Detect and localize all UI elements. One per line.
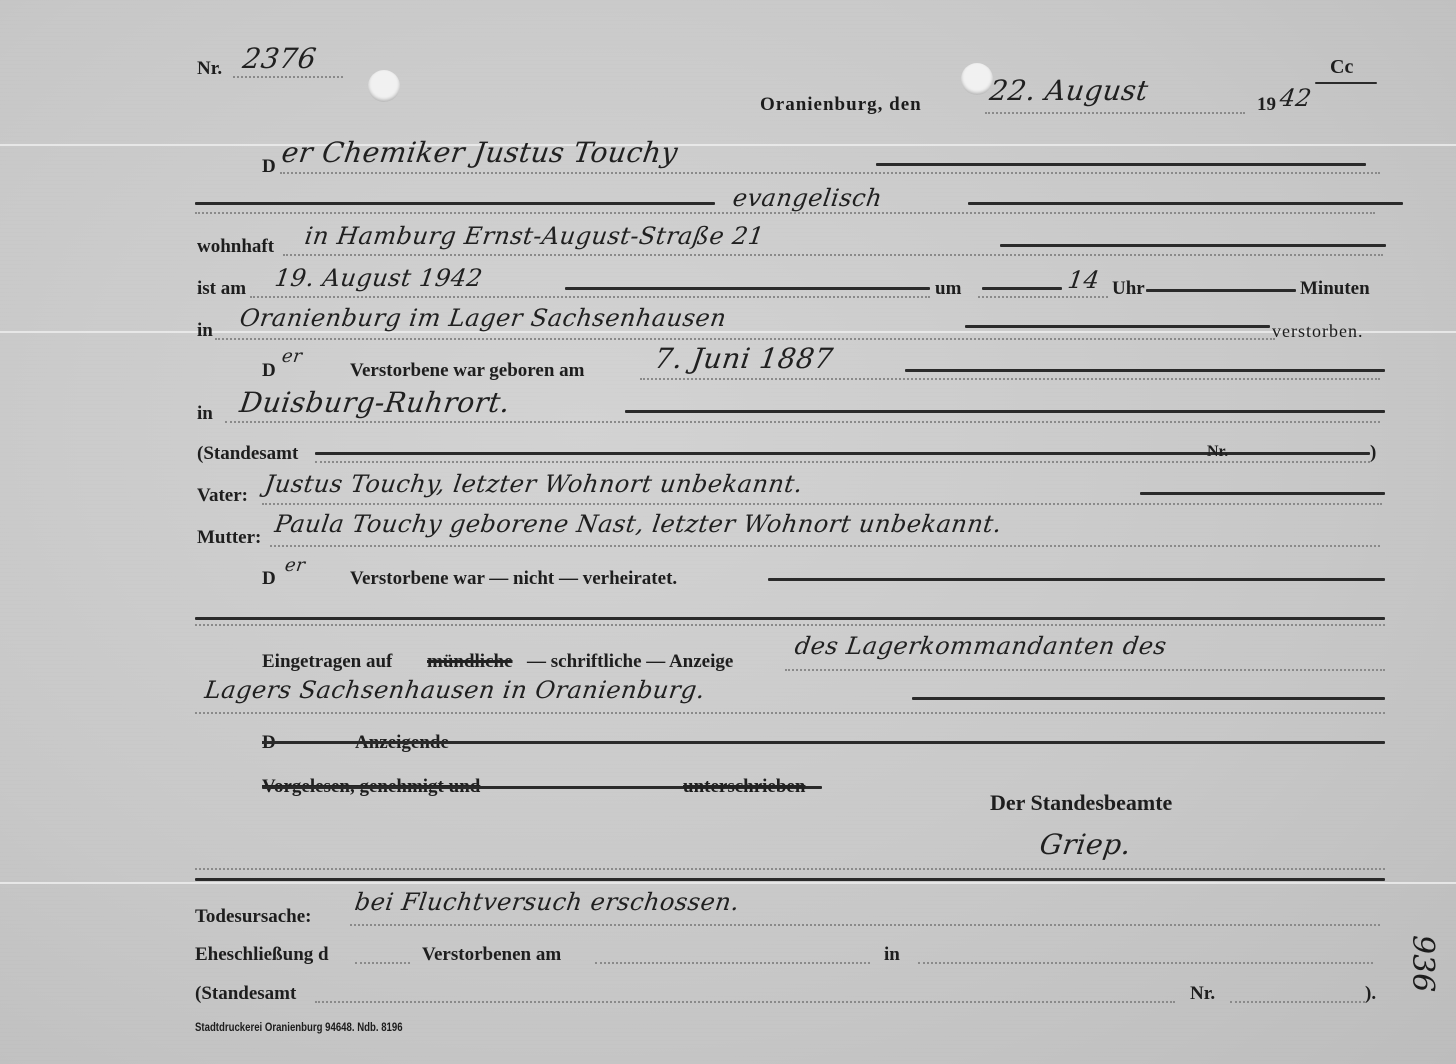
punch-hole [368,70,400,102]
nr-label: Nr. [197,58,222,80]
cause-of-death: bei Fluchtversuch erschossen. [353,888,741,916]
official-title: Der Standesbeamte [990,790,1172,816]
name-prefix: D [262,156,276,178]
birth-standesamt-nr: Nr. [1207,443,1228,461]
verstorben-label: verstorben. [1272,321,1363,342]
register-number: 2376 [241,42,319,75]
registration-struck-option: mündliche [427,651,513,673]
marriage-in-label: in [884,944,900,966]
printer-imprint: Stadtdruckerei Oranienburg 94648. Ndb. 8… [195,1020,403,1034]
place-label: Oranienburg, den [760,94,922,116]
footer-close: ). [1365,983,1376,1005]
religion: evangelisch [731,184,884,212]
mother-label: Mutter: [197,527,261,549]
marital-handwritten: er [284,555,307,576]
registration-date: 22. August [988,74,1151,107]
father-value: Justus Touchy, letzter Wohnort unbekannt… [263,470,805,498]
death-register-card: Nr. 2376 Oranienburg, den 22. August 19 … [0,0,1456,1064]
born-prefix: D [262,360,276,382]
marital-text: Verstorbene war — nicht — verheiratet. [350,568,677,590]
unterschrieben-label: unterschrieben [683,776,805,798]
birth-standesamt-close: ) [1370,442,1376,464]
residence-value: in Hamburg Ernst-August-Straße 21 [303,222,766,250]
birth-place: Duisburg-Ruhrort. [238,386,513,419]
scan-line [0,331,1456,333]
informant-line-2: Lagers Sachsenhausen in Oranienburg. [203,676,707,704]
deceased-name: er Chemiker Justus Touchy [280,136,680,169]
official-signature: Griep. [1038,828,1134,861]
marriage-label: Eheschließung d [195,944,329,966]
margin-number: 936 [1405,935,1440,992]
scan-line [0,144,1456,146]
residence-label: wohnhaft [197,236,274,258]
punch-hole [961,63,993,95]
um-label: um [935,278,961,300]
informant-line-1: des Lagerkommandanten des [793,632,1168,660]
uhr-label: Uhr [1112,278,1145,300]
registration-mid-label: — schriftliche — Anzeige [527,651,733,673]
registration-label: Eingetragen auf [262,651,392,673]
year-suffix: 42 [1278,84,1313,112]
register-code: Cc [1330,56,1353,79]
birth-place-label: in [197,403,213,425]
cause-label: Todesursache: [195,906,311,928]
footer-nr-label: Nr. [1190,983,1215,1005]
death-date-label: ist am [197,278,246,300]
born-prefix-handwritten: er [281,346,304,367]
minuten-label: Minuten [1300,278,1370,300]
mother-value: Paula Touchy geborene Nast, letzter Wohn… [273,510,1004,538]
born-label: Verstorbene war geboren am [350,360,584,382]
father-label: Vater: [197,485,248,507]
year-prefix: 19 [1257,94,1276,116]
death-place: Oranienburg im Lager Sachsenhausen [238,304,728,332]
death-hour: 14 [1066,266,1101,294]
scan-line [0,882,1456,884]
birth-standesamt-label: (Standesamt [197,443,298,465]
footer-standesamt-label: (Standesamt [195,983,296,1005]
marriage-mid-label: Verstorbenen am [422,944,561,966]
marital-prefix: D [262,568,276,590]
death-date: 19. August 1942 [273,264,485,292]
birth-date: 7. Juni 1887 [653,342,836,375]
death-place-label: in [197,320,213,342]
